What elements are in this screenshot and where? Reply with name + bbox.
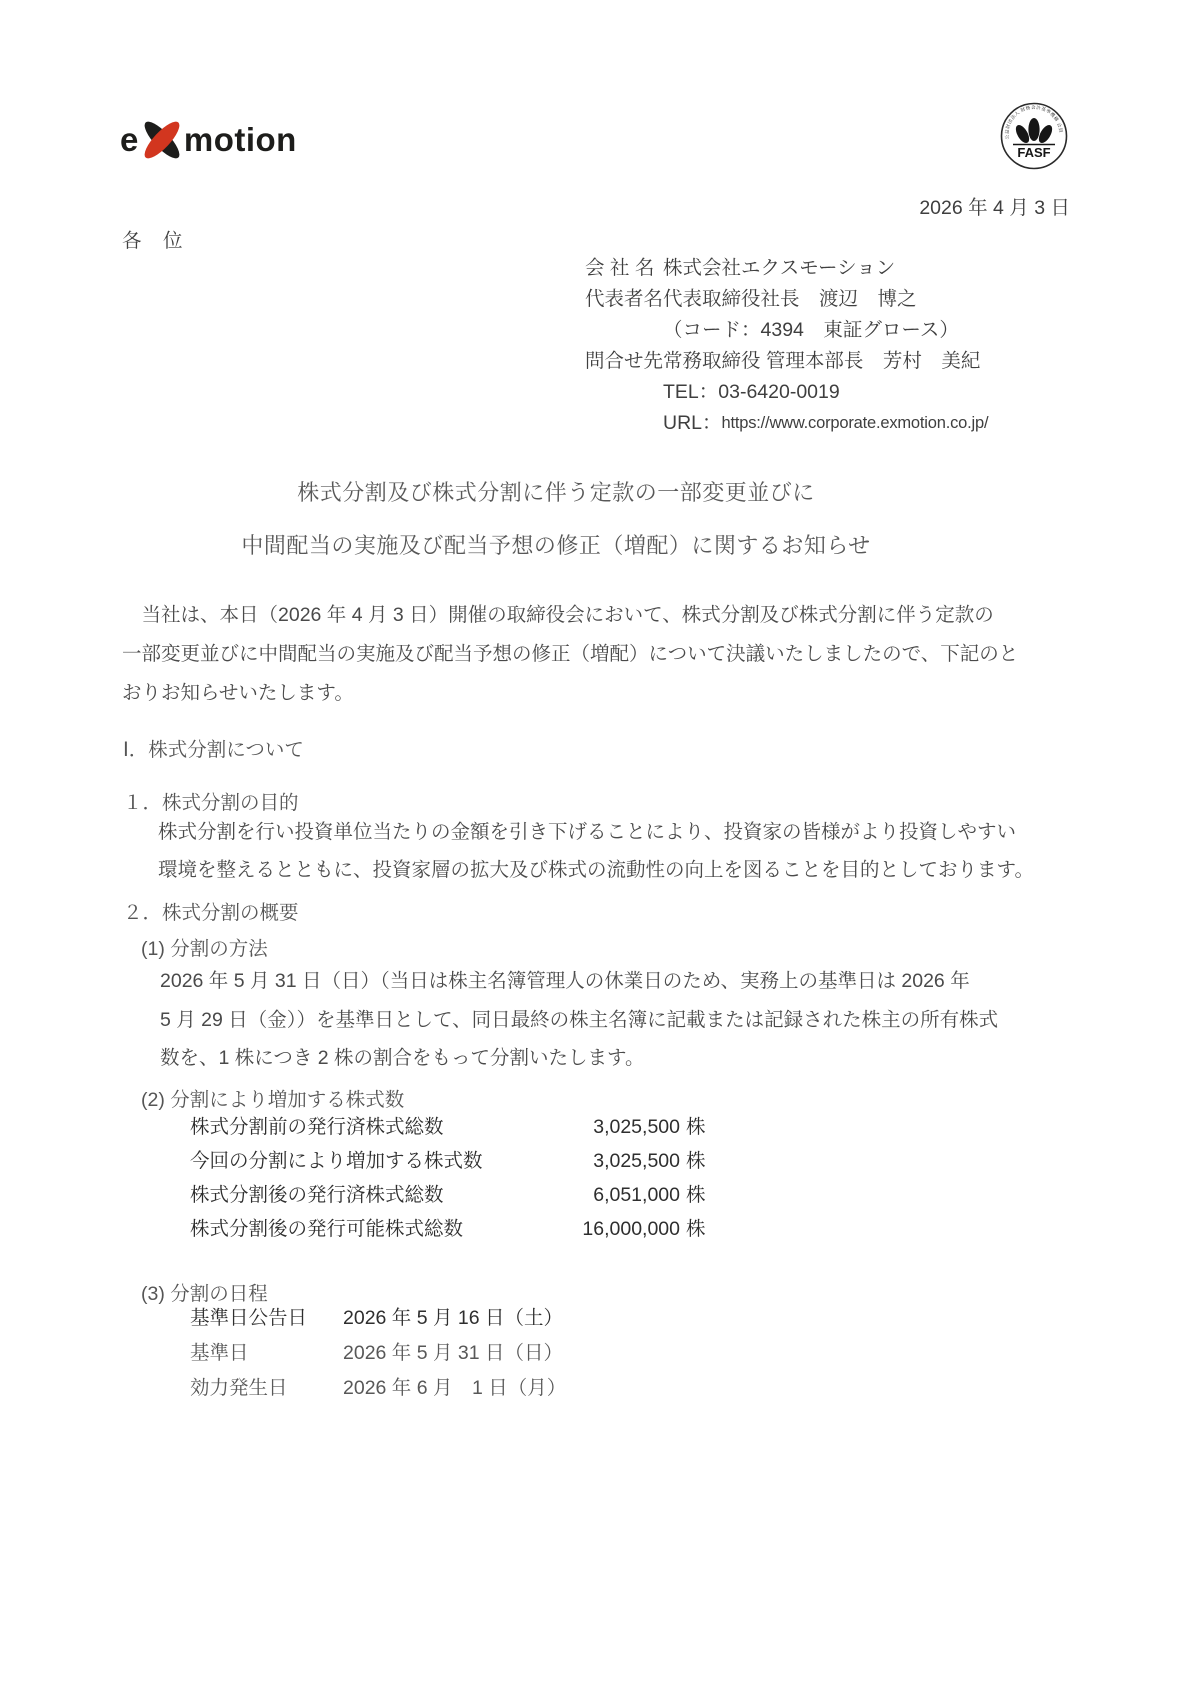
contact-row: 問合せ先 常務取締役 管理本部長 芳村 美紀 [585, 346, 988, 377]
shares-before-value: 3,025,500 [540, 1110, 680, 1144]
company-name-row: 会 社 名 株式会社エクスモーション [585, 253, 988, 284]
table-row: 株式分割前の発行済株式総数 3,025,500 株 [190, 1110, 706, 1144]
shares-increase-label: 今回の分割により増加する株式数 [190, 1144, 540, 1178]
fasf-seal-icon: 公益財団法人 財務会計基準機構 会員 FASF [999, 101, 1069, 171]
company-info-block: 会 社 名 株式会社エクスモーション 代表者名 代表取締役社長 渡辺 博之 （コ… [585, 253, 988, 439]
representative-row: 代表者名 代表取締役社長 渡辺 博之 [585, 284, 988, 315]
company-name-value: 株式会社エクスモーション [663, 253, 895, 284]
document-page: e motion 公益財団法人 財務会計基準機構 会員 FASF 2026 年 … [0, 0, 1191, 1684]
url-row: URL： https://www.corporate.exmotion.co.j… [585, 408, 988, 439]
fasf-label: FASF [1017, 145, 1050, 160]
share-count-table: 株式分割前の発行済株式総数 3,025,500 株 今回の分割により増加する株式… [190, 1110, 706, 1246]
representative-label: 代表者名 [585, 284, 663, 315]
record-date-announce-label: 基準日公告日 [190, 1301, 343, 1336]
purpose-heading: １．株式分割の目的 [123, 787, 299, 815]
shares-after-unit: 株 [686, 1178, 706, 1212]
tel-row: TEL：03-6420-0019 [585, 377, 988, 408]
schedule-table: 基準日公告日 2026 年 5 月 16 日（土） 基準日 2026 年 5 月… [190, 1301, 566, 1406]
table-row: 効力発生日 2026 年 6 月 1 日（月） [190, 1371, 566, 1406]
tel-value: TEL：03-6420-0019 [663, 377, 840, 408]
method-paragraph: 2026 年 5 月 31 日（日）（当日は株主名簿管理人の休業日のため、実務上… [160, 962, 1095, 1078]
fasf-seal: 公益財団法人 財務会計基準機構 会員 FASF [999, 101, 1069, 177]
url-prefix: URL： [663, 408, 722, 439]
url-label [585, 408, 663, 439]
record-date-label: 基準日 [190, 1336, 343, 1371]
effective-date-value: 2026 年 6 月 1 日（月） [343, 1371, 566, 1406]
document-title-line1: 株式分割及び株式分割に伴う定款の一部変更並びに [0, 478, 1112, 508]
logo-text-motion: motion [184, 121, 297, 159]
representative-value: 代表取締役社長 渡辺 博之 [663, 284, 917, 315]
record-date-announce-value: 2026 年 5 月 16 日（土） [343, 1301, 563, 1336]
company-name-label: 会 社 名 [585, 253, 663, 284]
document-title-line2: 中間配当の実施及び配当予想の修正（増配）に関するお知らせ [0, 531, 1112, 561]
authorized-shares-unit: 株 [686, 1212, 706, 1246]
stock-code-value: （コード：4394 東証グロース） [663, 315, 959, 346]
shares-increase-value: 3,025,500 [540, 1144, 680, 1178]
recipient-line: 各 位 [122, 225, 184, 253]
effective-date-label: 効力発生日 [190, 1371, 343, 1406]
section1-heading: Ⅰ．株式分割について [123, 734, 304, 762]
purpose-paragraph: 株式分割を行い投資単位当たりの金額を引き下げることにより、投資家の皆様がより投資… [158, 814, 1088, 889]
shares-before-unit: 株 [686, 1110, 706, 1144]
intro-paragraph: 当社は、本日（2026 年 4 月 3 日）開催の取締役会において、株式分割及び… [122, 596, 1087, 713]
shares-increase-unit: 株 [686, 1144, 706, 1178]
authorized-shares-label: 株式分割後の発行可能株式総数 [190, 1212, 540, 1246]
table-row: 今回の分割により増加する株式数 3,025,500 株 [190, 1144, 706, 1178]
table-row: 株式分割後の発行可能株式総数 16,000,000 株 [190, 1212, 706, 1246]
overview-heading: ２．株式分割の概要 [123, 897, 299, 925]
shares-after-value: 6,051,000 [540, 1178, 680, 1212]
shares-after-label: 株式分割後の発行済株式総数 [190, 1178, 540, 1212]
table-row: 株式分割後の発行済株式総数 6,051,000 株 [190, 1178, 706, 1212]
table-row: 基準日 2026 年 5 月 31 日（日） [190, 1336, 566, 1371]
record-date-value: 2026 年 5 月 31 日（日） [343, 1336, 563, 1371]
document-date: 2026 年 4 月 3 日 [919, 192, 1070, 220]
stock-code-row: （コード：4394 東証グロース） [585, 315, 988, 346]
table-row: 基準日公告日 2026 年 5 月 16 日（土） [190, 1301, 566, 1336]
contact-value: 常務取締役 管理本部長 芳村 美紀 [663, 346, 980, 377]
authorized-shares-value: 16,000,000 [540, 1212, 680, 1246]
shares-before-label: 株式分割前の発行済株式総数 [190, 1110, 540, 1144]
url-value: https://www.corporate.exmotion.co.jp/ [722, 408, 989, 439]
logo-x-propeller-icon [137, 111, 187, 169]
tel-label [585, 377, 663, 408]
increase-heading: (2) 分割により増加する株式数 [141, 1084, 404, 1112]
exmotion-logo: e motion [120, 110, 297, 170]
stock-code-label [585, 315, 663, 346]
method-heading: (1) 分割の方法 [141, 933, 268, 961]
contact-label: 問合せ先 [585, 346, 663, 377]
